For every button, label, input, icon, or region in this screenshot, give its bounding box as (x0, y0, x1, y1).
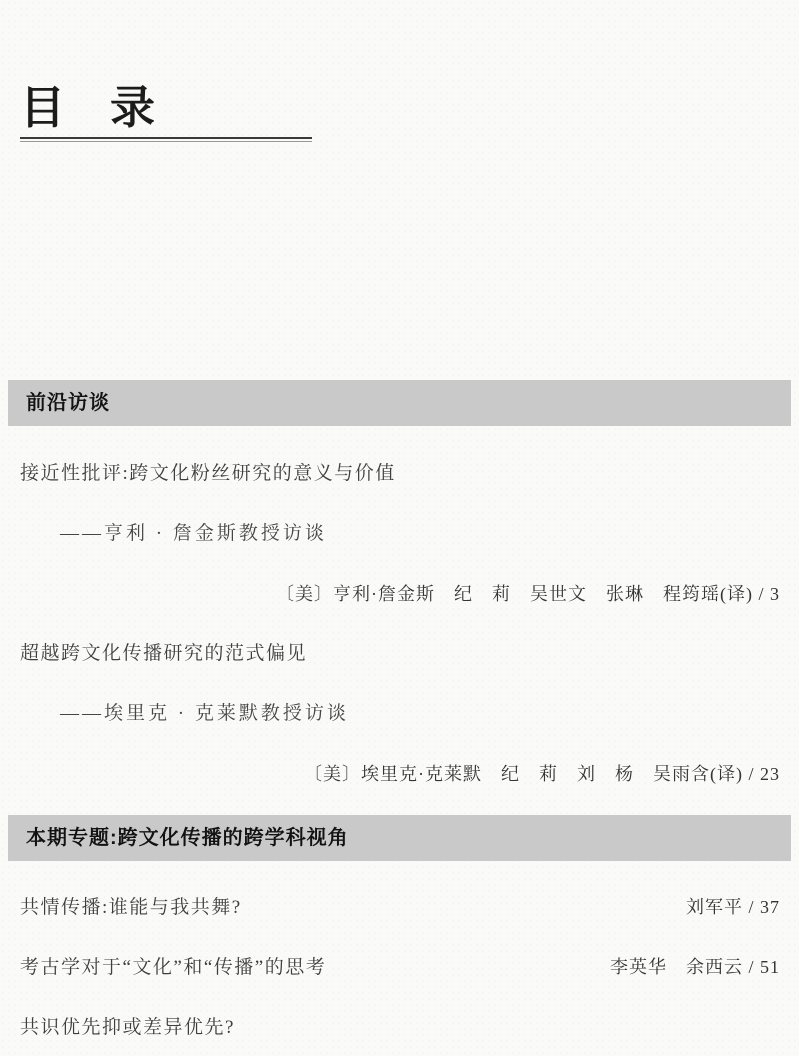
toc-page: 目 录 前沿访谈 接近性批评:跨文化粉丝研究的意义与价值 ——亨利 · 詹金斯教… (0, 0, 799, 1056)
article-title-1: 接近性批评:跨文化粉丝研究的意义与价值 (20, 458, 396, 485)
article-page-number-2: / 23 (743, 764, 780, 784)
article-title-3: 共情传播:谁能与我共舞? (20, 892, 242, 919)
article-page-number-4: / 51 (743, 957, 780, 977)
article-title-2: 超越跨文化传播研究的范式偏见 (20, 638, 307, 665)
article-authors-3: 刘军平 (686, 897, 743, 917)
section-banner-frontier-interviews: 前沿访谈 (8, 380, 791, 426)
article-authors-2: 〔美〕埃里克·克莱默 纪 莉 刘 杨 吴雨含(译) (304, 764, 743, 784)
article-row-3: 共情传播:谁能与我共舞? 刘军平 / 37 (20, 892, 780, 919)
article-page-number-1: / 3 (753, 584, 780, 604)
section-banner-special-topic: 本期专题:跨文化传播的跨学科视角 (8, 815, 791, 861)
article-authors-line-4: 李英华 余西云 / 51 (610, 953, 780, 979)
article-authors-line-1: 〔美〕亨利·詹金斯 纪 莉 吴世文 张琳 程筠瑶(译) / 3 (276, 580, 780, 606)
article-authors-line-3: 刘军平 / 37 (686, 893, 780, 919)
article-subtitle-2: ——埃里克 · 克莱默教授访谈 (60, 698, 349, 725)
article-authors-4: 李英华 余西云 (610, 957, 743, 977)
article-title-5: 共识优先抑或差异优先? (20, 1012, 235, 1039)
article-row-4: 考古学对于“文化”和“传播”的思考 李英华 余西云 / 51 (20, 952, 780, 979)
toc-title-rule (20, 137, 312, 142)
article-authors-1: 〔美〕亨利·詹金斯 纪 莉 吴世文 张琳 程筠瑶(译) (276, 584, 753, 604)
article-authors-line-2: 〔美〕埃里克·克莱默 纪 莉 刘 杨 吴雨含(译) / 23 (304, 760, 780, 786)
article-title-4: 考古学对于“文化”和“传播”的思考 (20, 952, 326, 979)
article-page-number-3: / 37 (743, 897, 780, 917)
article-subtitle-1: ——亨利 · 詹金斯教授访谈 (60, 518, 327, 545)
toc-title: 目 录 (20, 84, 155, 134)
